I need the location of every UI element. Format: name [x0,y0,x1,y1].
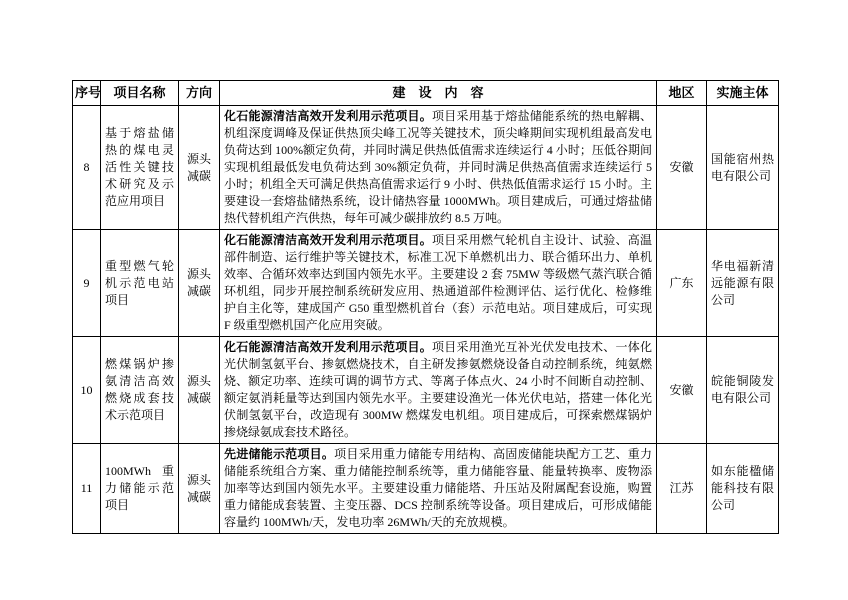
cell-serial-number: 10 [73,337,101,444]
cell-direction: 源头减碳 [179,444,220,534]
cell-implementing-entity: 如东能楹储能科技有限公司 [707,444,779,534]
document-page: 序号 项目名称 方向 建 设 内 容 地区 实施主体 8 基于熔盐储热的煤电灵活… [0,0,848,600]
table-row: 9 重型燃气轮机示范电站项目 源头减碳 化石能源清洁高效开发利用示范项目。项目采… [73,230,779,337]
cell-project-name: 基于熔盐储热的煤电灵活性关键技术研究及示范应用项目 [101,106,179,230]
header-entity: 实施主体 [707,81,779,106]
cell-project-name: 重型燃气轮机示范电站项目 [101,230,179,337]
cell-region: 安徽 [657,106,707,230]
cell-implementing-entity: 国能宿州热电有限公司 [707,106,779,230]
header-project-name: 项目名称 [101,81,179,106]
cell-region: 广东 [657,230,707,337]
cell-region: 江苏 [657,444,707,534]
header-region: 地区 [657,81,707,106]
cell-implementing-entity: 华电福新清远能源有限公司 [707,230,779,337]
cell-project-name: 燃煤锅炉掺氨清洁高效燃烧成套技术示范项目 [101,337,179,444]
content-body-text: 项目采用燃气轮机自主设计、试验、高温部件制造、运行维护等关键技术，标准工况下单燃… [224,233,652,332]
cell-serial-number: 11 [73,444,101,534]
cell-serial-number: 9 [73,230,101,337]
cell-project-name: 100MWh 重力储能示范项目 [101,444,179,534]
header-content: 建 设 内 容 [220,81,657,106]
table-row: 8 基于熔盐储热的煤电灵活性关键技术研究及示范应用项目 源头减碳 化石能源清洁高… [73,106,779,230]
content-category-label: 化石能源清洁高效开发利用示范项目。 [224,340,432,354]
table-header-row: 序号 项目名称 方向 建 设 内 容 地区 实施主体 [73,81,779,106]
cell-direction: 源头减碳 [179,106,220,230]
table-row: 10 燃煤锅炉掺氨清洁高效燃烧成套技术示范项目 源头减碳 化石能源清洁高效开发利… [73,337,779,444]
content-category-label: 先进储能示范项目。 [224,447,334,461]
cell-implementing-entity: 皖能铜陵发电有限公司 [707,337,779,444]
cell-serial-number: 8 [73,106,101,230]
cell-direction: 源头减碳 [179,337,220,444]
cell-construction-content: 化石能源清洁高效开发利用示范项目。项目采用渔光互补光伏发电技术、一体化光伏制氢氨… [220,337,657,444]
content-category-label: 化石能源清洁高效开发利用示范项目。 [224,233,432,247]
content-body-text: 项目采用渔光互补光伏发电技术、一体化光伏制氢氨平台、掺氨燃烧技术，自主研发掺氨燃… [224,340,652,439]
table-row: 11 100MWh 重力储能示范项目 源头减碳 先进储能示范项目。项目采用重力储… [73,444,779,534]
table-body: 8 基于熔盐储热的煤电灵活性关键技术研究及示范应用项目 源头减碳 化石能源清洁高… [73,106,779,534]
cell-construction-content: 化石能源清洁高效开发利用示范项目。项目采用燃气轮机自主设计、试验、高温部件制造、… [220,230,657,337]
header-no: 序号 [73,81,101,106]
projects-table: 序号 项目名称 方向 建 设 内 容 地区 实施主体 8 基于熔盐储热的煤电灵活… [72,80,779,534]
table-header: 序号 项目名称 方向 建 设 内 容 地区 实施主体 [73,81,779,106]
cell-direction: 源头减碳 [179,230,220,337]
cell-construction-content: 化石能源清洁高效开发利用示范项目。项目采用基于熔盐储能系统的热电解耦、机组深度调… [220,106,657,230]
content-category-label: 化石能源清洁高效开发利用示范项目。 [224,109,432,123]
header-direction: 方向 [179,81,220,106]
cell-region: 安徽 [657,337,707,444]
cell-construction-content: 先进储能示范项目。项目采用重力储能专用结构、高固废储能块配方工艺、重力储能系统组… [220,444,657,534]
content-body-text: 项目采用基于熔盐储能系统的热电解耦、机组深度调峰及保证供热顶尖峰工况等关键技术，… [224,109,652,225]
